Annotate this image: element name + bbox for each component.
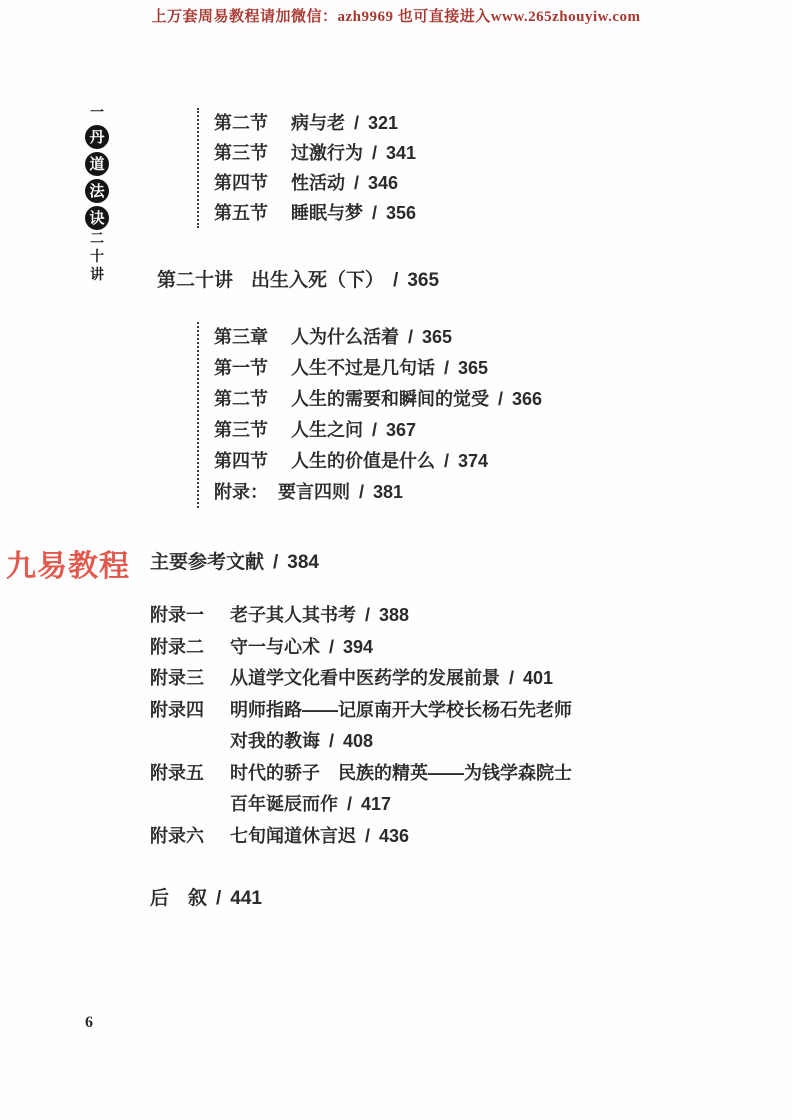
entry-title: 后 叙 [150,883,207,910]
book-spine-title: 一 丹 道 法 诀 二 十 讲 [82,105,112,285]
entry-separator: / [444,446,449,477]
entry-page: 388 [379,600,409,632]
entry-title: 病与老 [291,108,345,138]
entry-label: 附录四 [150,695,230,727]
toc-entry: 第五节 睡眠与梦 / 356 [214,198,416,228]
entry-separator: / [347,789,352,821]
entry-separator: / [372,138,377,168]
toc-postscript-heading: 后 叙 / 441 [150,883,262,910]
entry-label: 附录五 [150,758,230,790]
entry-label: 第四节 [214,446,291,477]
spine-char: 十 [90,250,104,266]
entry-label: 附录三 [150,663,230,695]
toc-entry: 附录二 守一与心术 / 394 [150,632,572,664]
entry-title: 时代的骄子 民族的精英——为钱学森院士 [230,758,572,790]
entry-separator: / [365,600,370,632]
entry-page: 381 [373,477,403,508]
toc-entry: 第三节 过激行为 / 341 [214,138,416,168]
folio-page-number: 6 [85,1014,93,1032]
entry-page: 365 [407,270,439,292]
entry-separator: / [408,322,413,353]
entry-page: 384 [287,552,319,574]
entry-title: 人生不过是几句话 [291,353,435,384]
entry-title: 老子其人其书考 [230,600,356,632]
entry-separator: / [273,552,278,574]
entry-separator: / [216,888,221,910]
toc-group-sections-1: 第二节 病与老 / 321 第三节 过激行为 / 341 第四节 性活动 / 3… [197,108,416,228]
entry-label: 第一节 [214,353,291,384]
toc-appendices: 附录一 老子其人其书考 / 388 附录二 守一与心术 / 394 附录三 从道… [150,600,572,852]
entry-label: 附录： [214,477,268,508]
entry-page: 356 [386,198,416,228]
entry-label: 附录六 [150,821,230,853]
entry-page: 441 [230,888,262,910]
toc-entry: 附录四 明师指路——记原南开大学校长杨石先老师 对我的教诲 / 408 [150,695,572,758]
entry-page: 408 [343,726,373,758]
entry-separator: / [372,415,377,446]
entry-separator: / [365,821,370,853]
spine-circled-char: 丹 [85,125,109,149]
entry-title: 主要参考文献 [150,547,264,574]
spine-circled-char: 道 [85,152,109,176]
toc-lecture20-heading: 第二十讲 出生入死（下） / 365 [157,265,439,292]
entry-separator: / [329,726,334,758]
spine-circled-char: 法 [85,179,109,203]
spine-circled-char: 诀 [85,206,109,230]
entry-page: 346 [368,168,398,198]
entry-title: 人生的需要和瞬间的觉受 [291,384,489,415]
entry-page: 321 [368,108,398,138]
entry-label: 第四节 [214,168,291,198]
toc-entry: 第二节 病与老 / 321 [214,108,416,138]
entry-label: 第二节 [214,108,291,138]
entry-separator: / [509,663,514,695]
toc-entry: 第四节 性活动 / 346 [214,168,416,198]
entry-title: 出生入死（下） [251,265,384,292]
entry-page: 401 [523,663,553,695]
entry-page: 367 [386,415,416,446]
watermark-stamp: 九易教程 [6,541,130,585]
entry-page: 341 [386,138,416,168]
entry-label: 附录一 [150,600,230,632]
entry-page: 436 [379,821,409,853]
entry-title: 七旬闻道休言迟 [230,821,356,853]
entry-separator: / [354,168,359,198]
toc-entry: 附录五 时代的骄子 民族的精英——为钱学森院士 百年诞辰而作 / 417 [150,758,572,821]
spine-char: 二 [90,232,104,248]
entry-label: 附录二 [150,632,230,664]
entry-separator: / [354,108,359,138]
toc-references-heading: 主要参考文献 / 384 [150,547,319,574]
entry-page: 365 [422,322,452,353]
entry-page: 374 [458,446,488,477]
entry-separator: / [444,353,449,384]
entry-title: 人生的价值是什么 [291,446,435,477]
entry-title: 守一与心术 [230,632,320,664]
spine-char: 一 [90,106,104,122]
toc-entry: 附录六 七旬闻道休言迟 / 436 [150,821,572,853]
toc-entry: 附录三 从道学文化看中医药学的发展前景 / 401 [150,663,572,695]
entry-separator: / [329,632,334,664]
entry-title: 明师指路——记原南开大学校长杨石先老师 [230,695,572,727]
entry-page: 365 [458,353,488,384]
entry-title: 过激行为 [291,138,363,168]
entry-label: 第三章 [214,322,291,353]
entry-label: 第二节 [214,384,291,415]
entry-page: 366 [512,384,542,415]
entry-separator: / [393,270,398,292]
entry-title: 性活动 [291,168,345,198]
entry-label: 第三节 [214,415,291,446]
entry-separator: / [498,384,503,415]
toc-entry: 第二节 人生的需要和瞬间的觉受 / 366 [214,384,542,415]
toc-entry: 附录一 老子其人其书考 / 388 [150,600,572,632]
entry-title: 要言四则 [278,477,350,508]
toc-group-sections-2: 第三章 人为什么活着 / 365 第一节 人生不过是几句话 / 365 第二节 … [197,322,542,508]
toc-entry: 第四节 人生的价值是什么 / 374 [214,446,542,477]
entry-separator: / [372,198,377,228]
entry-title: 人生之问 [291,415,363,446]
entry-title-line2: 百年诞辰而作 [230,789,338,821]
marketing-header-text: 上万套周易教程请加微信：azh9969 也可直接进入www.265zhouyiw… [0,5,792,26]
entry-label: 第三节 [214,138,291,168]
entry-separator: / [359,477,364,508]
entry-title-line2: 对我的教诲 [230,726,320,758]
spine-char: 讲 [90,268,104,284]
toc-entry: 第三节 人生之问 / 367 [214,415,542,446]
entry-page: 394 [343,632,373,664]
toc-entry: 第一节 人生不过是几句话 / 365 [214,353,542,384]
entry-page: 417 [361,789,391,821]
entry-title: 从道学文化看中医药学的发展前景 [230,663,500,695]
entry-title: 人为什么活着 [291,322,399,353]
entry-title: 睡眠与梦 [291,198,363,228]
entry-label: 第二十讲 [157,265,233,292]
toc-entry: 第三章 人为什么活着 / 365 [214,322,542,353]
toc-entry: 附录： 要言四则 / 381 [214,477,542,508]
entry-label: 第五节 [214,198,291,228]
